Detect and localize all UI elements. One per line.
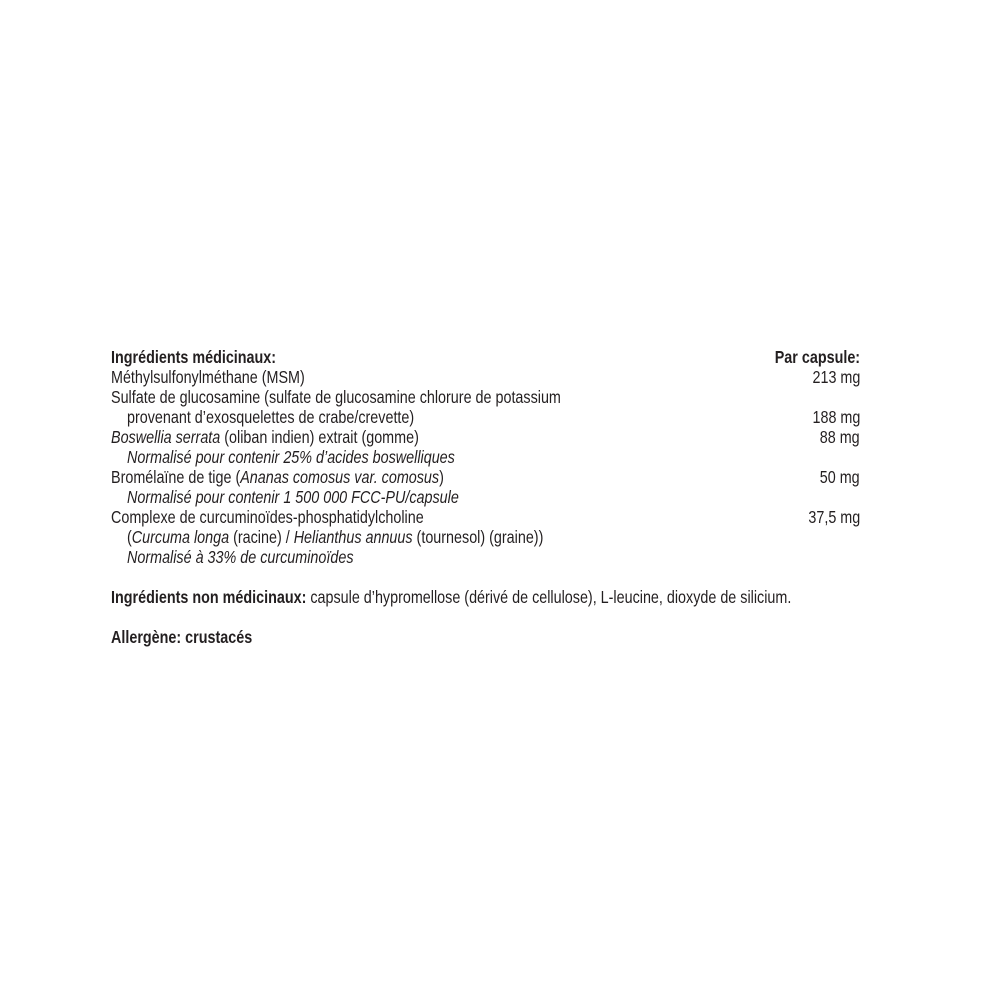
non-medicinal-label: Ingrédients non médicinaux: [111,587,306,607]
ingredient-panel: Ingrédients médicinaux: Par capsule: Mét… [111,347,860,647]
per-capsule-heading: Par capsule: [775,347,860,367]
ingredient-name: Complexe de curcuminoïdes-phosphatidylch… [111,507,424,527]
ingredient-amount: 88 mg [820,427,860,447]
ingredient-amount: 213 mg [812,367,860,387]
allergen-statement: Allergène: crustacés [111,627,860,647]
ingredient-amount: 188 mg [812,407,860,427]
spacer [111,607,860,627]
header-row: Ingrédients médicinaux: Par capsule: [111,347,860,367]
standardization-note: Normalisé pour contenir 25% d’acides bos… [127,447,455,467]
ingredient-note-bromelain: Normalisé pour contenir 1 500 000 FCC-PU… [111,487,860,507]
latin-name: Helianthus annuus [294,527,413,547]
ingredient-note-boswellia: Normalisé pour contenir 25% d’acides bos… [111,447,860,467]
ingredient-row-bromelain: Bromélaïne de tige (Ananas comosus var. … [111,467,860,487]
latin-name: Ananas comosus var. comosus [240,467,439,487]
ingredient-row-curcuminoid: Complexe de curcuminoïdes-phosphatidylch… [111,507,860,527]
non-medicinal-ingredients: Ingrédients non médicinaux: capsule d’hy… [111,587,860,607]
allergen-text: Allergène: crustacés [111,627,252,647]
ingredient-name: Méthylsulfonylméthane (MSM) [111,367,305,387]
ingredient-source: (Curcuma longa (racine) / Helianthus ann… [127,527,543,547]
ingredient-amount: 37,5 mg [808,507,860,527]
ingredient-name-pre: Bromélaïne de tige ( [111,467,240,487]
medicinal-ingredients-heading: Ingrédients médicinaux: [111,347,276,367]
ingredient-row-msm: Méthylsulfonylméthane (MSM) 213 mg [111,367,860,387]
ingredient-name-post: ) [439,467,444,487]
ingredient-name: Sulfate de glucosamine (sulfate de gluco… [111,387,561,407]
standardization-note: Normalisé à 33% de curcuminoïdes [127,547,354,567]
ingredient-amount: 50 mg [820,467,860,487]
ingredient-note-curcuminoid: Normalisé à 33% de curcuminoïdes [111,547,860,567]
ingredient-name: Bromélaïne de tige (Ananas comosus var. … [111,467,444,487]
non-medicinal-text: capsule d’hypromellose (dérivé de cellul… [306,587,791,607]
ingredient-row-glucosamine-cont: provenant d’exosquelettes de crabe/creve… [111,407,860,427]
ingredient-source-curcuminoid: (Curcuma longa (racine) / Helianthus ann… [111,527,860,547]
ingredient-source: provenant d’exosquelettes de crabe/creve… [127,407,414,427]
ingredient-row-glucosamine: Sulfate de glucosamine (sulfate de gluco… [111,387,860,407]
source-part: (tournesol) (graine)) [413,527,544,547]
non-medicinal-line: Ingrédients non médicinaux: capsule d’hy… [111,587,791,607]
spacer [111,567,860,587]
ingredient-name: Boswellia serrata (oliban indien) extrai… [111,427,419,447]
source-part: (racine) / [229,527,294,547]
ingredient-name-rest: (oliban indien) extrait (gomme) [220,427,419,447]
latin-name: Curcuma longa [132,527,229,547]
ingredient-row-boswellia: Boswellia serrata (oliban indien) extrai… [111,427,860,447]
latin-name: Boswellia serrata [111,427,220,447]
standardization-note: Normalisé pour contenir 1 500 000 FCC-PU… [127,487,459,507]
